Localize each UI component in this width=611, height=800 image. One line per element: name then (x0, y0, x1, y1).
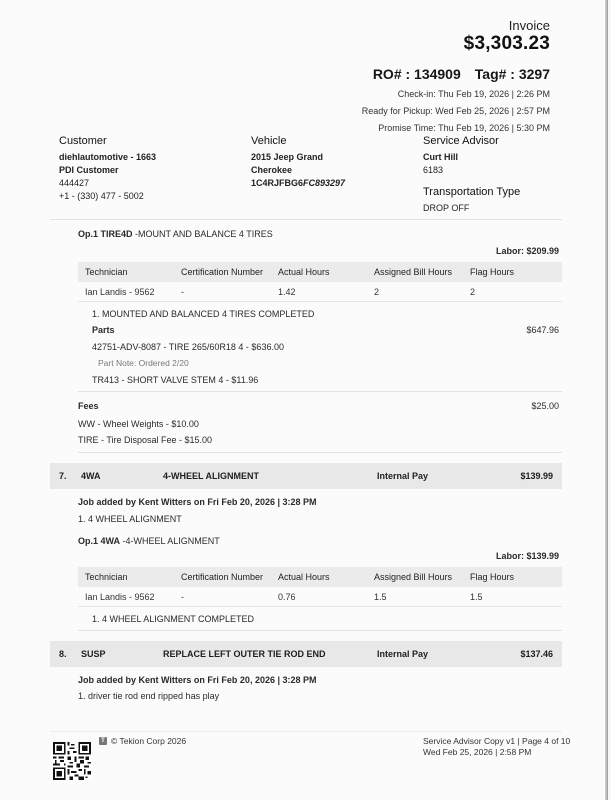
vin-suffix: FC893297 (303, 178, 345, 188)
footer-copy-info: Service Advisor Copy v1 | Page 4 of 10 W… (423, 736, 570, 758)
tech-table-header: Technician Certification Number Actual H… (78, 262, 562, 282)
promise-time: Promise Time: Thu Feb 19, 2026 | 5:30 PM (378, 123, 550, 133)
customer-section: Customer diehlautomotive - 1663 PDI Cust… (59, 136, 156, 205)
th-actual-hours: Actual Hours (278, 572, 330, 582)
job8-code: SUSP (81, 649, 106, 659)
invoice-label: Invoice (509, 18, 550, 33)
section-divider (78, 452, 562, 453)
th-flag-hours: Flag Hours (470, 572, 514, 582)
job7-concern: 1. 4 WHEEL ALIGNMENT (78, 514, 182, 524)
job6-op-code: Op.1 TIRE4D (78, 229, 133, 239)
td-technician: Ian Landis - 9562 (85, 592, 155, 602)
job8-description: REPLACE LEFT OUTER TIE ROD END (163, 649, 326, 659)
th-technician: Technician (85, 267, 128, 277)
check-in-time: Check-in: Thu Feb 19, 2026 | 2:26 PM (398, 89, 550, 99)
job8-added-by: Job added by Kent Witters on Fri Feb 20,… (78, 675, 317, 685)
th-assigned-bill-hours: Assigned Bill Hours (374, 572, 452, 582)
footer-copyright: T © Tekion Corp 2026 (99, 736, 186, 746)
part-note: Part Note: Ordered 2/20 (98, 358, 189, 368)
fee-line: WW - Wheel Weights - $10.00 (78, 419, 199, 429)
th-technician: Technician (85, 572, 128, 582)
vin-prefix: 1C4RJFBG6 (251, 178, 303, 188)
th-assigned-bill-hours: Assigned Bill Hours (374, 267, 452, 277)
job7-description: 4-WHEEL ALIGNMENT (163, 471, 259, 481)
job8-concern: 1. driver tie rod end ripped has play (78, 691, 219, 701)
job7-completion-note: 1. 4 WHEEL ALIGNMENT COMPLETED (92, 614, 254, 624)
job7-pay-type: Internal Pay (377, 471, 428, 481)
service-advisor-id: 6183 (423, 166, 520, 175)
invoice-total: $3,303.23 (464, 33, 550, 55)
td-assigned-bill-hours: 2 (374, 287, 379, 297)
job7-op-code: Op.1 4WA (78, 536, 120, 546)
footer-divider (50, 731, 562, 732)
td-flag-hours: 2 (470, 287, 475, 297)
tekion-logo-icon: T (99, 737, 107, 745)
tag-number: Tag# : 3297 (475, 66, 550, 82)
job8-pay-type: Internal Pay (377, 649, 428, 659)
printed-at: Wed Feb 25, 2026 | 2:58 PM (423, 747, 570, 758)
job8-amount: $137.46 (520, 649, 553, 659)
job6-completion-note: 1. MOUNTED AND BALANCED 4 TIRES COMPLETE… (92, 309, 314, 319)
customer-id: 444427 (59, 179, 156, 188)
vehicle-model-line2: Cherokee (251, 166, 345, 175)
section-divider (78, 391, 562, 392)
job7-operation: Op.1 4WA -4-WHEEL ALIGNMENT (78, 536, 220, 546)
transportation-heading: Transportation Type (423, 187, 520, 198)
td-certification: - (181, 592, 184, 602)
service-advisor-name: Curt Hill (423, 153, 520, 162)
section-divider (78, 630, 562, 631)
td-certification: - (181, 287, 184, 297)
tech-table-header: Technician Certification Number Actual H… (78, 567, 562, 587)
customer-heading: Customer (59, 136, 156, 147)
table-row: Ian Landis - 9562 - 1.42 2 2 (78, 282, 562, 302)
vehicle-heading: Vehicle (251, 136, 345, 147)
td-assigned-bill-hours: 1.5 (374, 592, 387, 602)
th-certification: Certification Number (181, 267, 263, 277)
copy-page-info: Service Advisor Copy v1 | Page 4 of 10 (423, 736, 570, 747)
ro-tag-line: RO# : 134909Tag# : 3297 (373, 66, 550, 82)
parts-heading: Parts (92, 325, 115, 335)
td-actual-hours: 0.76 (278, 592, 296, 602)
job6-operation: Op.1 TIRE4D -MOUNT AND BALANCE 4 TIRES (78, 229, 273, 239)
customer-type: PDI Customer (59, 166, 156, 175)
part-line: TR413 - SHORT VALVE STEM 4 - $11.96 (92, 375, 258, 385)
job7-number: 7. (59, 471, 67, 481)
service-advisor-section: Service Advisor Curt Hill 6183 Transport… (423, 136, 520, 217)
td-technician: Ian Landis - 9562 (85, 287, 155, 297)
job7-op-desc: -4-WHEEL ALIGNMENT (123, 536, 220, 546)
vehicle-section: Vehicle 2015 Jeep Grand Cherokee 1C4RJFB… (251, 136, 345, 192)
copyright-text: © Tekion Corp 2026 (111, 736, 186, 746)
job7-labor: Labor: $139.99 (496, 551, 559, 561)
job7-header-bar: 7. 4WA 4-WHEEL ALIGNMENT Internal Pay $1… (50, 463, 562, 489)
ro-number: RO# : 134909 (373, 66, 461, 82)
th-certification: Certification Number (181, 572, 263, 582)
job7-amount: $139.99 (520, 471, 553, 481)
parts-total: $647.96 (526, 325, 559, 335)
transportation-value: DROP OFF (423, 204, 520, 213)
job6-op-desc: -MOUNT AND BALANCE 4 TIRES (135, 229, 273, 239)
th-flag-hours: Flag Hours (470, 267, 514, 277)
td-actual-hours: 1.42 (278, 287, 296, 297)
job6-tech-table: Technician Certification Number Actual H… (78, 262, 562, 302)
qr-code-icon (53, 742, 91, 780)
job8-header-bar: 8. SUSP REPLACE LEFT OUTER TIE ROD END I… (50, 641, 562, 667)
vehicle-model-line1: 2015 Jeep Grand (251, 153, 345, 162)
fees-total: $25.00 (531, 401, 559, 411)
job7-code: 4WA (81, 471, 101, 481)
job7-tech-table: Technician Certification Number Actual H… (78, 567, 562, 607)
ready-for-pickup-time: Ready for Pickup: Wed Feb 25, 2026 | 2:5… (362, 106, 550, 116)
page-edge (605, 0, 608, 800)
td-flag-hours: 1.5 (470, 592, 483, 602)
service-advisor-heading: Service Advisor (423, 136, 520, 147)
customer-name: diehlautomotive - 1663 (59, 153, 156, 162)
part-line: 42751-ADV-8087 - TIRE 265/60R18 4 - $636… (92, 342, 284, 352)
fee-line: TIRE - Tire Disposal Fee - $15.00 (78, 435, 212, 445)
vehicle-vin: 1C4RJFBG6FC893297 (251, 179, 345, 188)
fees-heading: Fees (78, 401, 99, 411)
customer-phone: +1 - (330) 477 - 5002 (59, 192, 156, 201)
job6-labor: Labor: $209.99 (496, 246, 559, 256)
table-row: Ian Landis - 9562 - 0.76 1.5 1.5 (78, 587, 562, 607)
job8-number: 8. (59, 649, 67, 659)
th-actual-hours: Actual Hours (278, 267, 330, 277)
job7-added-by: Job added by Kent Witters on Fri Feb 20,… (78, 497, 317, 507)
invoice-page: Invoice $3,303.23 RO# : 134909Tag# : 329… (0, 0, 608, 800)
section-divider (50, 219, 562, 220)
